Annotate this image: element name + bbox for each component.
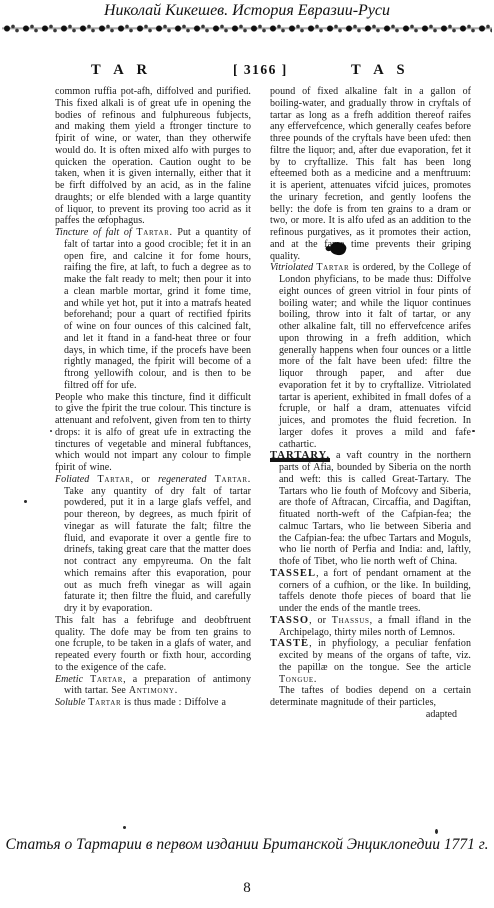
- scan-header-pagenumber: [ 3166 ]: [233, 62, 288, 78]
- scan-paragraph: pound of fixed alkaline falt in a gallon…: [270, 86, 471, 262]
- scan-column-right: pound of fixed alkaline falt in a gallon…: [270, 86, 471, 721]
- ink-speck: [123, 826, 126, 829]
- page-number: 8: [0, 880, 494, 897]
- scan-paragraph: Foliated Tartar, or regenerated Tartar. …: [55, 474, 251, 615]
- ornament-divider: [2, 23, 492, 34]
- ink-speck: [50, 430, 52, 432]
- scan-paragraph: People who make this tincture, find it d…: [55, 392, 251, 474]
- ink-speck: [24, 500, 27, 503]
- scan-paragraph: TASSEL, a fort of pendant ornament at th…: [270, 568, 471, 615]
- encyclopedia-scan: T A R [ 3166 ] T A S common ruffia pot-a…: [55, 60, 479, 820]
- scan-paragraph: TASTE, in phyfiology, a peculiar fenfati…: [270, 638, 471, 685]
- scan-paragraph: Emetic Tartar, a preparation of antimony…: [55, 674, 251, 698]
- scan-paragraph: Vitriolated Tartar is ordered, by the Co…: [270, 262, 471, 450]
- ink-speck: [435, 829, 438, 834]
- scan-paragraph: This falt has a febrifuge and deobftruen…: [55, 615, 251, 674]
- figure-caption: Статья о Тартарии в первом издании Брита…: [0, 836, 494, 854]
- scan-paragraph: Tincture of falt of Tartar. Put a quanti…: [55, 227, 251, 392]
- running-header: Николай Кикешев. История Евразии-Руси: [0, 2, 494, 20]
- scan-paragraph: TASSO, or Thassus, a fmall ifland in the…: [270, 615, 471, 639]
- ink-speck: [472, 430, 475, 432]
- scan-header-left: T A R: [91, 62, 152, 79]
- scan-header-right: T A S: [351, 62, 410, 79]
- scan-page-header: T A R [ 3166 ] T A S: [55, 60, 479, 80]
- scan-column-left: common ruffia pot-afh, diffolved and pur…: [55, 86, 251, 721]
- scan-paragraph: Soluble Tartar is thus made : Diffolve a: [55, 697, 251, 709]
- scan-columns: common ruffia pot-afh, diffolved and pur…: [55, 86, 479, 721]
- scan-paragraph: common ruffia pot-afh, diffolved and pur…: [55, 86, 251, 227]
- scan-paragraph: The taftes of bodies depend on a certain…: [270, 685, 471, 709]
- scan-paragraph: TARTARY, a vaft country in the northern …: [270, 450, 471, 568]
- catchword: adapted: [270, 709, 471, 721]
